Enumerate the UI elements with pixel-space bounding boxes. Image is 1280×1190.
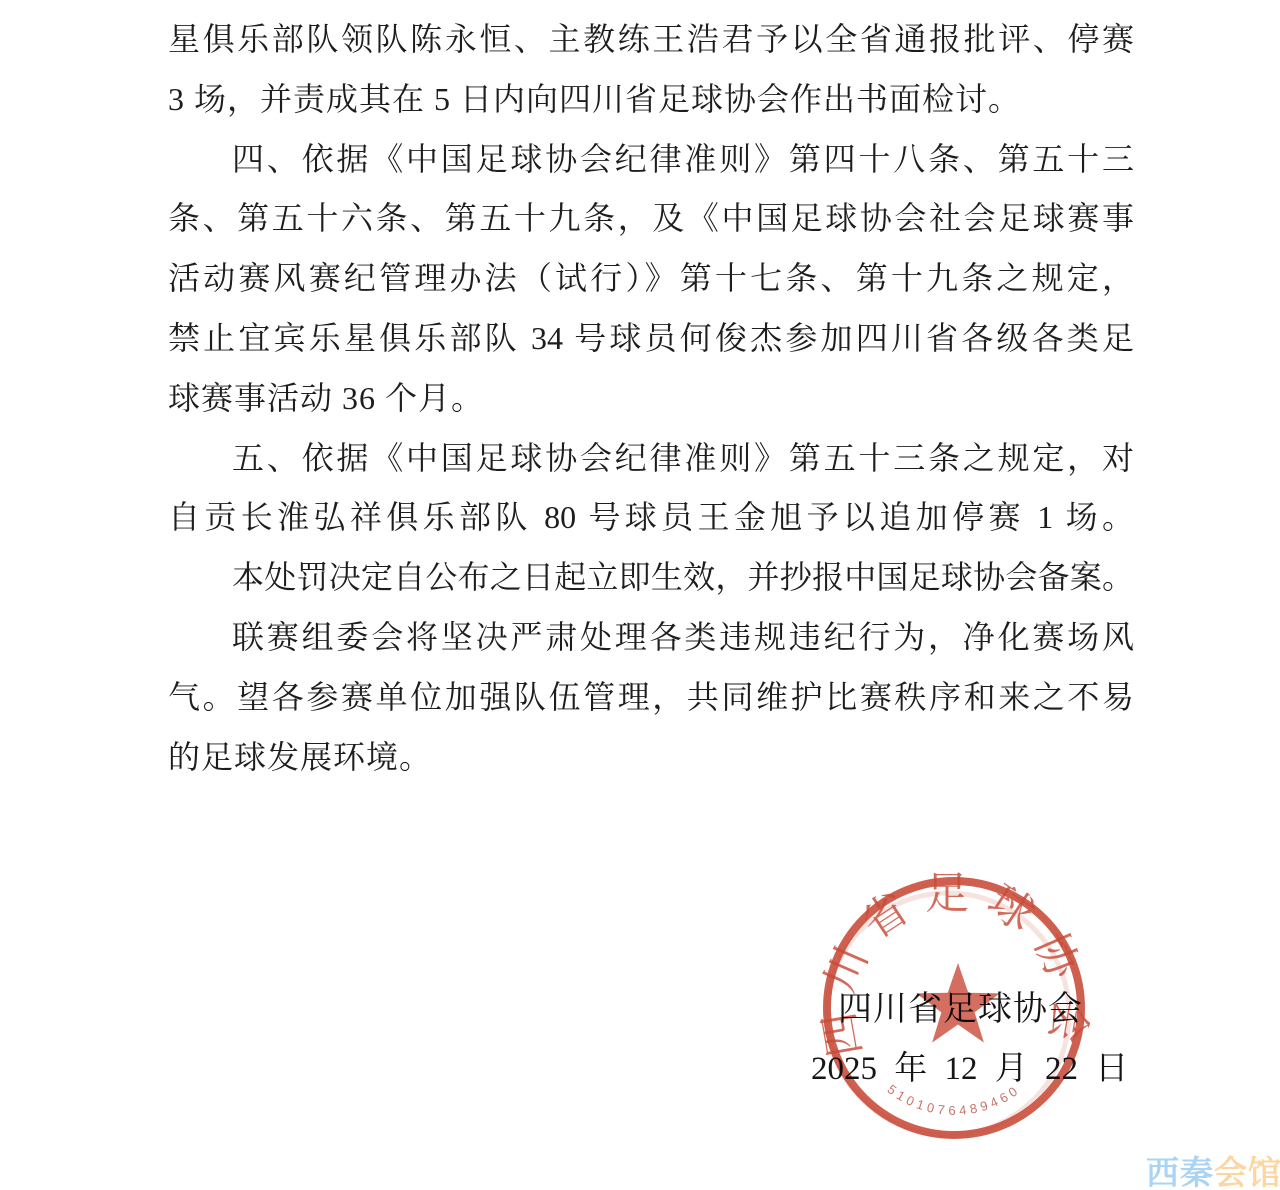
signature-date: 2025 年 12 月 22 日 [811,1042,1128,1089]
text-line: 四、依据《中国足球协会纪律准则》第四十八条、第五十三 [168,130,1134,190]
text-line: 五、依据《中国足球协会纪律准则》第五十三条之规定，对 [168,429,1134,489]
text-line: 活动赛风赛纪管理办法（试行）》第十七条、第十九条之规定， [168,249,1134,309]
text-line: 球赛事活动 36 个月。 [168,369,1134,429]
watermark-part2: 会馆 [1214,1154,1280,1190]
seal-ring-text: 四川省足球协会 [818,872,1090,1060]
text-line: 3 场，并责成其在 5 日内向四川省足球协会作出书面检讨。 [168,70,1134,130]
text-line: 星俱乐部队领队陈永恒、主教练王浩君予以全省通报批评、停赛 [168,10,1134,70]
document-page: 星俱乐部队领队陈永恒、主教练王浩君予以全省通报批评、停赛3 场，并责成其在 5 … [0,0,1280,1190]
text-line: 自贡长淮弘祥俱乐部队 80 号球员王金旭予以追加停赛 1 场。 [168,488,1134,548]
text-line: 气。望各参赛单位加强队伍管理，共同维护比赛秩序和来之不易 [168,668,1134,728]
document-body: 星俱乐部队领队陈永恒、主教练王浩君予以全省通报批评、停赛3 场，并责成其在 5 … [168,10,1134,787]
site-watermark: 西秦会馆 [1146,1147,1280,1190]
watermark-part1: 西秦 [1146,1154,1214,1190]
text-line: 本处罚决定自公布之日起立即生效，并抄报中国足球协会备案。 [168,548,1134,608]
text-line: 条、第五十六条、第五十九条，及《中国足球协会社会足球赛事 [168,189,1134,249]
signature-org: 四川省足球协会 [838,981,1083,1030]
text-line: 联赛组委会将坚决严肃处理各类违规违纪行为，净化赛场风 [168,608,1134,668]
text-line: 禁止宜宾乐星俱乐部队 34 号球员何俊杰参加四川省各级各类足 [168,309,1134,369]
text-line: 的足球发展环境。 [168,728,1134,788]
